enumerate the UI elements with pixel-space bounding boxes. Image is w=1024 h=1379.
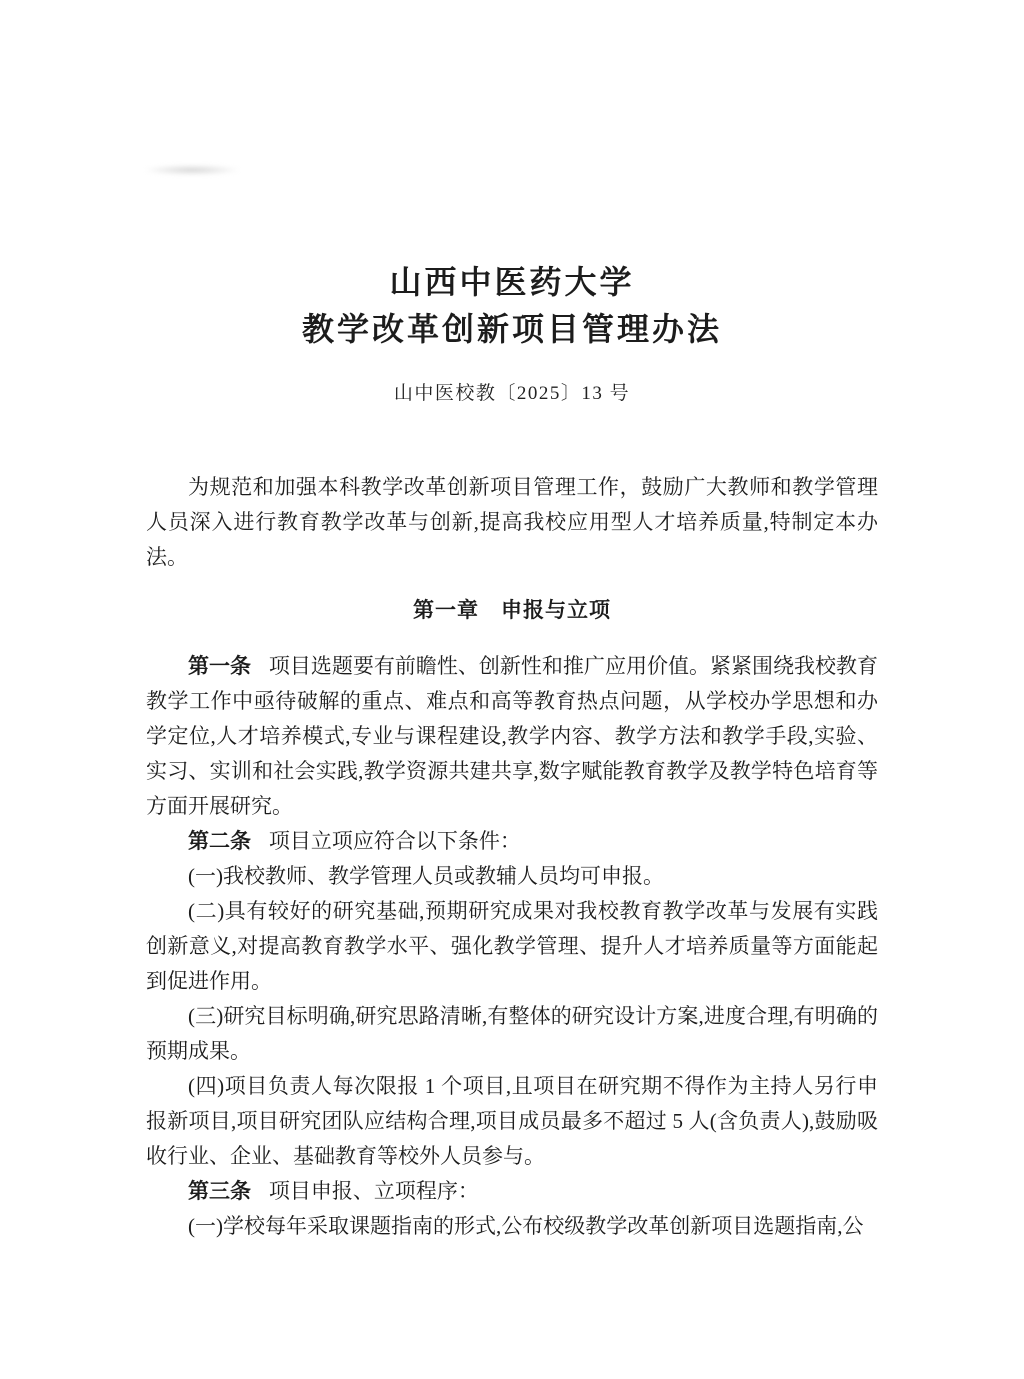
document-body: 为规范和加强本科教学改革创新项目管理工作，鼓励广大教师和教学管理人员深入进行教育… <box>146 470 878 1244</box>
article-label: 第一条 <box>188 654 251 678</box>
document-title-line1: 山西中医药大学 <box>146 259 878 306</box>
chapter-heading: 第一章 申报与立项 <box>146 593 878 628</box>
article-label: 第二条 <box>188 829 251 853</box>
intro-paragraph: 为规范和加强本科教学改革创新项目管理工作，鼓励广大教师和教学管理人员深入进行教育… <box>146 470 878 575</box>
document-content: 山西中医药大学 教学改革创新项目管理办法 山中医校教〔2025〕13 号 为规范… <box>146 0 878 1244</box>
document-page: 山西中医药大学 教学改革创新项目管理办法 山中医校教〔2025〕13 号 为规范… <box>0 0 1024 1379</box>
article-label: 第三条 <box>188 1179 251 1203</box>
article-paragraph: 第三条项目申报、立项程序： <box>146 1174 878 1209</box>
article-paragraph: 第一条项目选题要有前瞻性、创新性和推广应用价值。紧紧围绕我校教育教学工作中亟待破… <box>146 649 878 824</box>
item-paragraph: (三)研究目标明确,研究思路清晰,有整体的研究设计方案,进度合理,有明确的预期成… <box>146 999 878 1069</box>
chapter-paragraphs: 第一条项目选题要有前瞻性、创新性和推广应用价值。紧紧围绕我校教育教学工作中亟待破… <box>146 649 878 1244</box>
item-paragraph: (二)具有较好的研究基础,预期研究成果对我校教育教学改革与发展有实践创新意义,对… <box>146 894 878 999</box>
document-number: 山中医校教〔2025〕13 号 <box>146 380 878 408</box>
item-paragraph: (一)我校教师、教学管理人员或教辅人员均可申报。 <box>146 859 878 894</box>
item-paragraph: (四)项目负责人每次限报 1 个项目,且项目在研究期不得作为主持人另行申报新项目… <box>146 1069 878 1174</box>
document-title-line2: 教学改革创新项目管理办法 <box>146 306 878 353</box>
item-paragraph: (一)学校每年采取课题指南的形式,公布校级教学改革创新项目选题指南,公 <box>146 1209 878 1244</box>
document-header: 山西中医药大学 教学改革创新项目管理办法 山中医校教〔2025〕13 号 <box>146 259 878 408</box>
article-paragraph: 第二条项目立项应符合以下条件： <box>146 824 878 859</box>
